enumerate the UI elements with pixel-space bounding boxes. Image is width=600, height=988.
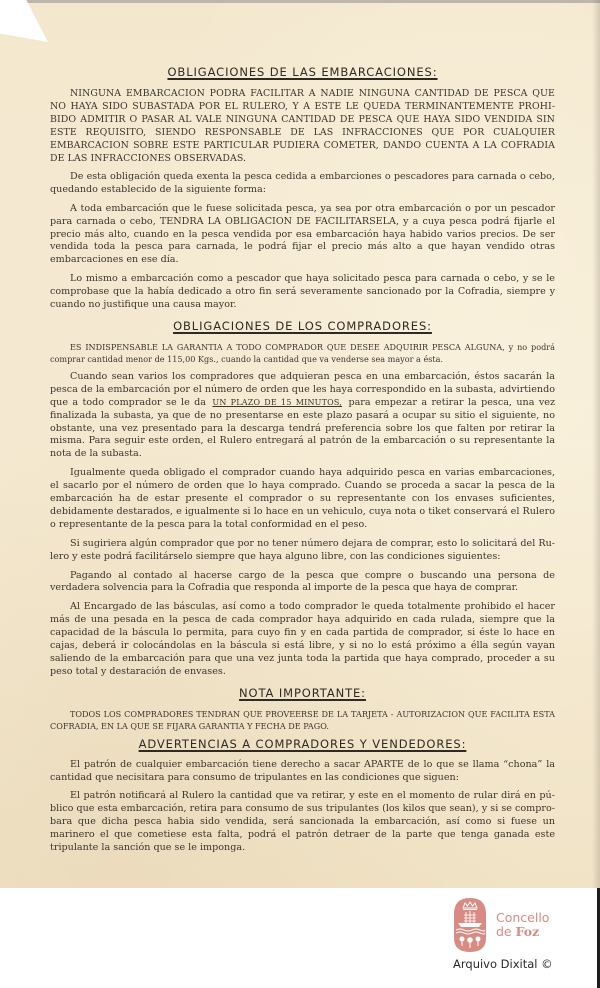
heading-advertencias: ADVERTENCIAS A COMPRADORES Y VENDEDORES: [50,738,555,751]
paragraph: A toda embarcación que le fuese solicita… [50,203,555,268]
paragraph: Al Encargado de las básculas, así como a… [50,601,555,678]
paragraph: Pagando al contado al hacerse cargo de l… [50,570,555,596]
paragraph: Lo mismo a embarcación como a pescador q… [50,273,555,312]
paragraph-garantia: ES INDISPENSABLE LA GARANTIA A TODO COMP… [50,341,555,365]
concello-de-foz-crest-icon [452,896,488,954]
logo-line-de-foz: de Foz [496,925,549,939]
paragraph: El patrón notificará al Rulero la cantid… [50,790,555,855]
paragraph-plazo: Cuando sean varios los compradores que a… [50,371,555,461]
logo-wordmark: Concello de Foz [496,911,549,939]
concello-de-foz-logo: Concello de Foz [452,895,582,955]
archive-label: Arquivo Dixital © [453,957,553,971]
plazo-highlight: UN PLAZO DE 15 MINUTOS, [210,398,344,407]
logo-line-concello: Concello [496,911,549,925]
heading-obligaciones-embarcaciones: OBLIGACIONES DE LAS EMBARCACIONES: [50,66,555,79]
scanned-page: OBLIGACIONES DE LAS EMBARCACIONES: NINGU… [0,0,600,888]
logo-foz: Foz [516,924,540,939]
document-body: OBLIGACIONES DE LAS EMBARCACIONES: NINGU… [50,62,555,861]
paragraph: NINGUNA EMBARCACION PODRA FACILITAR A NA… [50,87,555,165]
paragraph: De esta obligación queda exenta la pesca… [50,171,555,197]
torn-corner [0,0,48,42]
heading-obligaciones-compradores: OBLIGACIONES DE LOS COMPRADORES: [50,320,555,333]
paragraph: Si sugiriera algún comprador que por no … [50,538,555,564]
paragraph: El patrón de cualquier embarcación tiene… [50,759,555,785]
paragraph: Igualmente queda obligado el comprador c… [50,467,555,532]
heading-nota-importante: NOTA IMPORTANTE: [50,687,555,700]
logo-de: de [496,924,512,939]
page-right-shadow [592,0,600,888]
page-top-edge [0,0,600,3]
paragraph-nota: TODOS LOS COMPRADORES TENDRAN QUE PROVEE… [50,708,555,732]
